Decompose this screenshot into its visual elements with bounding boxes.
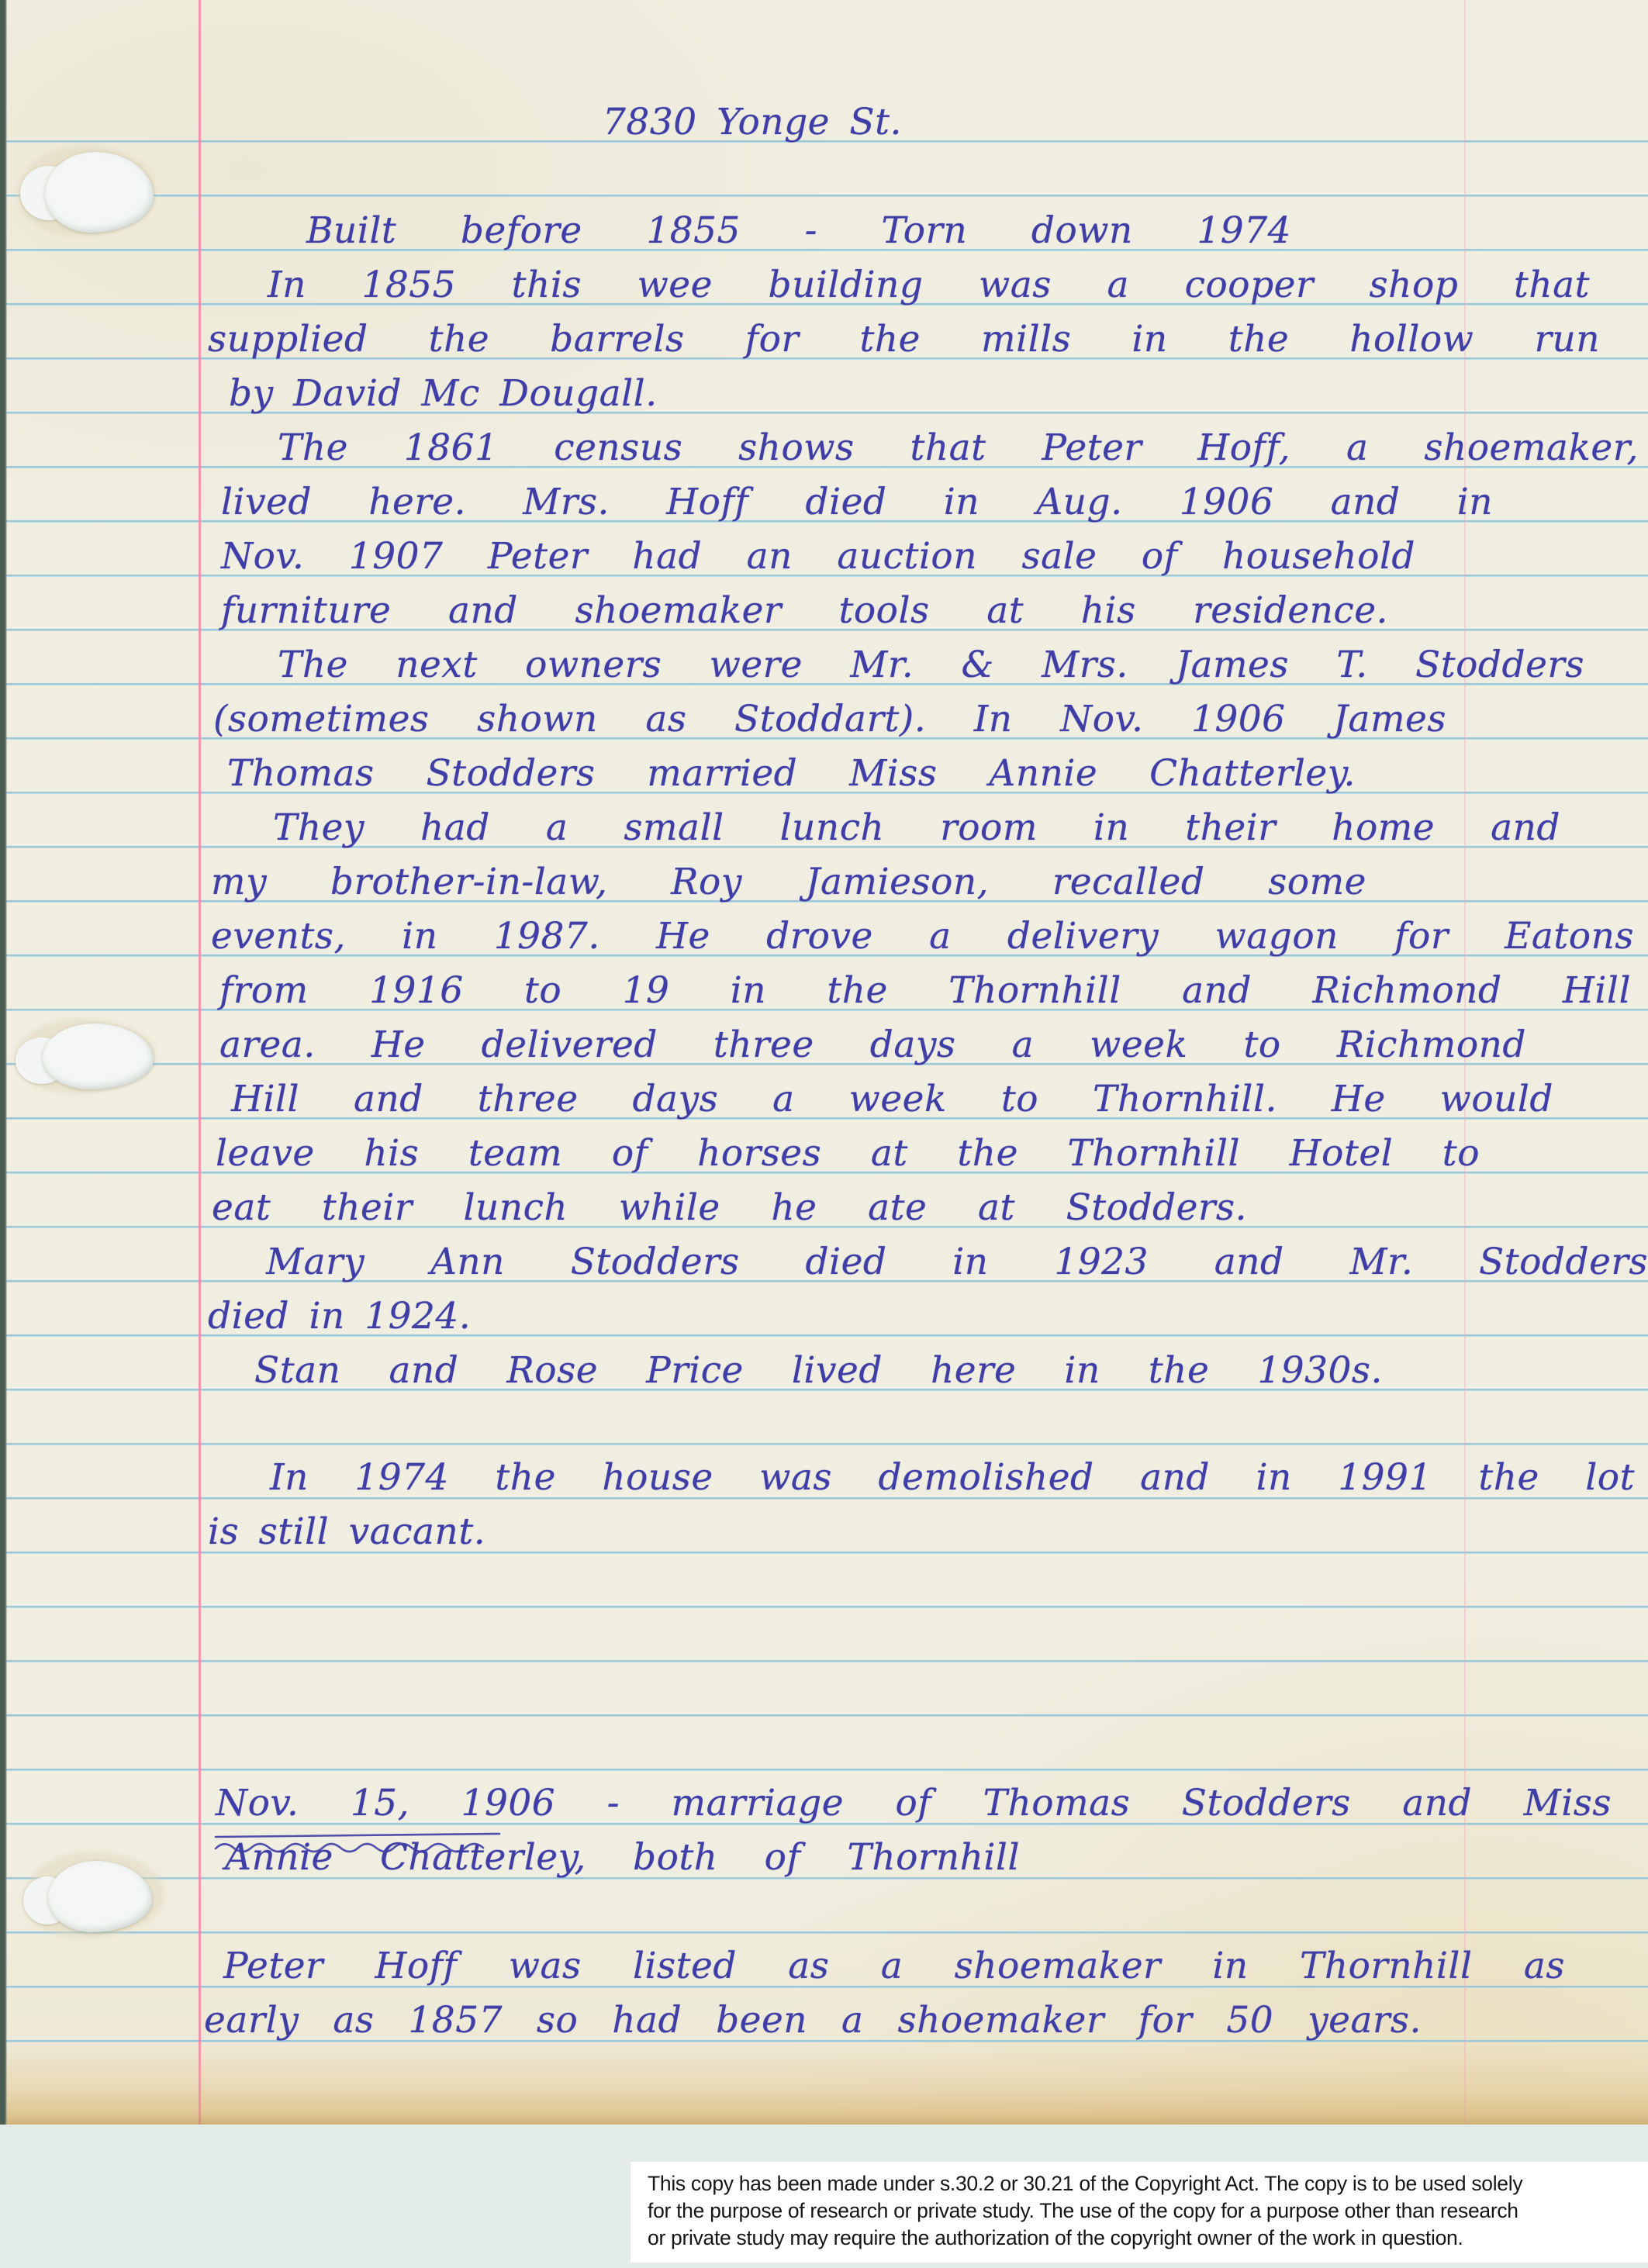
copyright-stamp-line: This copy has been made under s.30.2 or … [648,2170,1648,2197]
handwritten-line: my brother-in-law, Roy Jamieson, recalle… [211,861,1366,903]
handwritten-line: Thomas Stodders married Miss Annie Chatt… [227,753,1356,795]
document-subtitle: Built before 1855 - Torn down 1974 [306,210,1291,252]
handwritten-line: leave his team of horses at the Thornhil… [216,1133,1480,1175]
copyright-stamp: This copy has been made under s.30.2 or … [631,2162,1648,2263]
handwritten-line: Hill and three days a week to Thornhill.… [231,1079,1553,1120]
scanner-edge [0,0,7,2125]
handwritten-line: area. He delivered three days a week to … [219,1024,1526,1066]
copyright-stamp-line: for the purpose of research or private s… [648,2197,1648,2225]
handwritten-line: (sometimes shown as Stoddart). In Nov. 1… [213,699,1446,740]
handwritten-line: eat their lunch while he ate at Stodders… [212,1187,1247,1229]
handwritten-line: Nov. 15, 1906 - marriage of Thomas Stodd… [216,1783,1612,1824]
handwritten-line: lived here. Mrs. Hoff died in Aug. 1906 … [221,482,1493,523]
handwritten-line: events, in 1987. He drove a delivery wag… [211,916,1634,958]
handwritten-line: Peter Hoff was listed as a shoemaker in … [223,1945,1565,1987]
handwritten-line: furniture and shoemaker tools at his res… [221,590,1388,632]
document-title: 7830 Yonge St. [558,102,946,143]
handwritten-line: early as 1857 so had been a shoemaker fo… [204,2000,1422,2042]
handwritten-line: The 1861 census shows that Peter Hoff, a… [278,427,1639,469]
handwritten-line: supplied the barrels for the mills in th… [208,319,1600,361]
handwritten-line: The next owners were Mr. & Mrs. James T.… [278,644,1584,686]
handwritten-line: Nov. 1907 Peter had an auction sale of h… [221,536,1415,578]
handwritten-line: is still vacant. [208,1511,485,1553]
paper-sheet: 7830 Yonge St.Built before 1855 - Torn d… [0,0,1648,2125]
handwritten-line: from 1916 to 19 in the Thornhill and Ric… [219,970,1631,1012]
handwritten-line: Stan and Rose Price lived here in the 19… [254,1350,1383,1392]
left-margin-line [199,0,201,2125]
handwritten-line: They had a small lunch room in their hom… [273,807,1560,849]
copyright-stamp-line: or private study may require the authori… [648,2225,1648,2252]
handwritten-line: In 1855 this wee building was a cooper s… [268,264,1590,306]
scanned-document: 7830 Yonge St.Built before 1855 - Torn d… [0,0,1648,2268]
handwritten-line: Mary Ann Stodders died in 1923 and Mr. S… [266,1241,1648,1283]
handwritten-line: In 1974 the house was demolished and in … [270,1457,1635,1499]
wavy-underline [211,1831,506,1858]
aged-paper-edge [0,2051,1648,2125]
handwritten-line: by David Mc Dougall. [229,373,658,415]
handwritten-line: died in 1924. [208,1296,471,1338]
